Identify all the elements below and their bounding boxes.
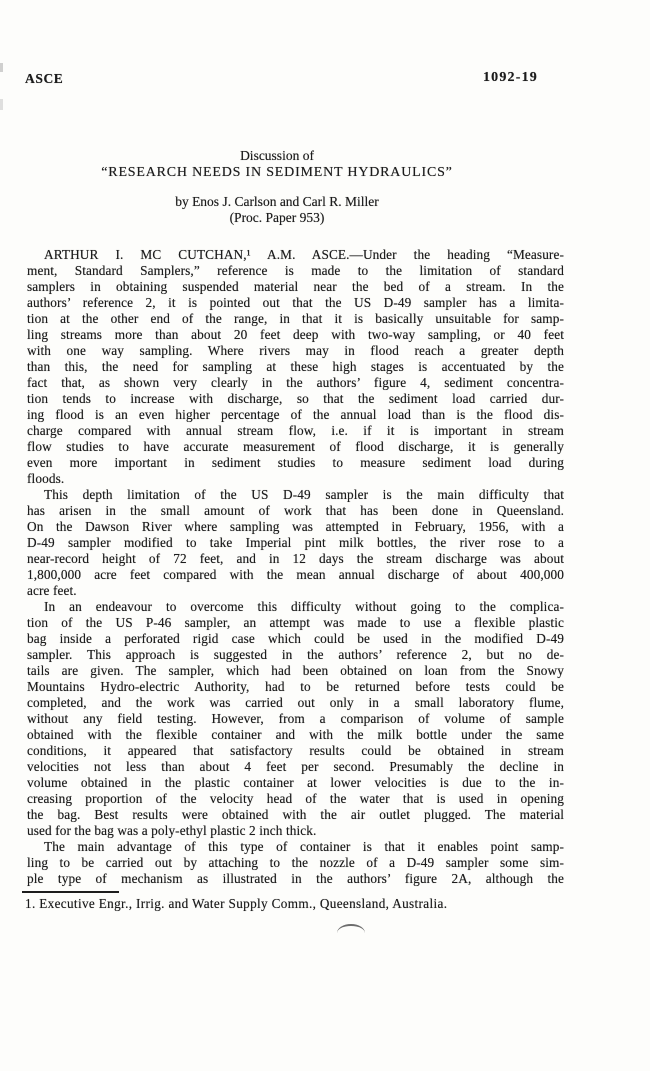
text-line: fact that, as shown very clearly in the … [27, 375, 564, 391]
end-dash-mark [337, 924, 365, 933]
document-page: ASCE 1092-19 Discussion of “RESEARCH NEE… [0, 0, 650, 1071]
text-line: has arisen in the small amount of work t… [27, 503, 564, 519]
text-line: D-49 sampler modified to take Imperial p… [27, 535, 564, 551]
proc-paper-number: (Proc. Paper 953) [27, 210, 527, 226]
discussion-title-prefix: Discussion of [27, 148, 527, 164]
text-line: creasing proportion of the velocity head… [27, 791, 564, 807]
text-line: tails are given. The sampler, which had … [27, 663, 564, 679]
text-line: sampler. This approach is suggested in t… [27, 647, 564, 663]
text-line: ple type of mechanism as illustrated in … [27, 871, 564, 887]
footnote: 1. Executive Engr., Irrig. and Water Sup… [25, 896, 580, 912]
text-line: completed, and the work was carried out … [27, 695, 564, 711]
text-line: ing flood is an even higher percentage o… [27, 407, 564, 423]
text-line: charge compared with annual stream flow,… [27, 423, 564, 439]
text-line: samplers in obtaining suspended material… [27, 279, 564, 295]
text-line: used for the bag was a poly-ethyl plasti… [27, 823, 564, 839]
running-head-paper-number: 1092-19 [483, 70, 538, 86]
text-line: volume obtained in the plastic container… [27, 775, 564, 791]
running-head-society: ASCE [25, 71, 63, 87]
text-line: ARTHUR I. MC CUTCHAN,¹ A.M. ASCE.—Under … [27, 247, 564, 263]
footnote-rule [22, 891, 119, 893]
text-line: tion tends to increase with discharge, s… [27, 391, 564, 407]
text-line: This depth limitation of the US D-49 sam… [27, 487, 564, 503]
scan-artifact [0, 99, 3, 110]
text-line: On the Dawson River where sampling was a… [27, 519, 564, 535]
text-line: the bag. Best results were obtained with… [27, 807, 564, 823]
text-line: acre feet. [27, 583, 564, 599]
text-line: tion at the other end of the range, in t… [27, 311, 564, 327]
text-line: 1,800,000 acre feet compared with the me… [27, 567, 564, 583]
text-line: tion of the US P-46 sampler, an attempt … [27, 615, 564, 631]
text-line: In an endeavour to overcome this difficu… [27, 599, 564, 615]
text-line: near-record height of 72 feet, and in 12… [27, 551, 564, 567]
text-line: ling streams more than about 20 feet dee… [27, 327, 564, 343]
text-line: obtained with the flexible container and… [27, 727, 564, 743]
text-line: bag inside a perforated rigid case which… [27, 631, 564, 647]
body-text: ARTHUR I. MC CUTCHAN,¹ A.M. ASCE.—Under … [27, 247, 564, 887]
text-line: than this, the need for sampling at thes… [27, 359, 564, 375]
scan-artifact [0, 63, 3, 72]
byline: by Enos J. Carlson and Carl R. Miller [27, 194, 527, 210]
text-line: velocities not less than about 4 feet pe… [27, 759, 564, 775]
text-line: without any field testing. However, from… [27, 711, 564, 727]
text-line: The main advantage of this type of conta… [27, 839, 564, 855]
text-line: with one way sampling. Where rivers may … [27, 343, 564, 359]
text-line: ling to be carried out by attaching to t… [27, 855, 564, 871]
text-line: Mountains Hydro-electric Authority, had … [27, 679, 564, 695]
text-line: even more important in sediment studies … [27, 455, 564, 471]
text-line: conditions, it appeared that satisfactor… [27, 743, 564, 759]
text-line: authors’ reference 2, it is pointed out … [27, 295, 564, 311]
text-line: flow studies to have accurate measuremen… [27, 439, 564, 455]
text-line: ment, Standard Samplers,” reference is m… [27, 263, 564, 279]
paper-title: “RESEARCH NEEDS IN SEDIMENT HYDRAULICS” [27, 165, 527, 181]
text-line: floods. [27, 471, 564, 487]
